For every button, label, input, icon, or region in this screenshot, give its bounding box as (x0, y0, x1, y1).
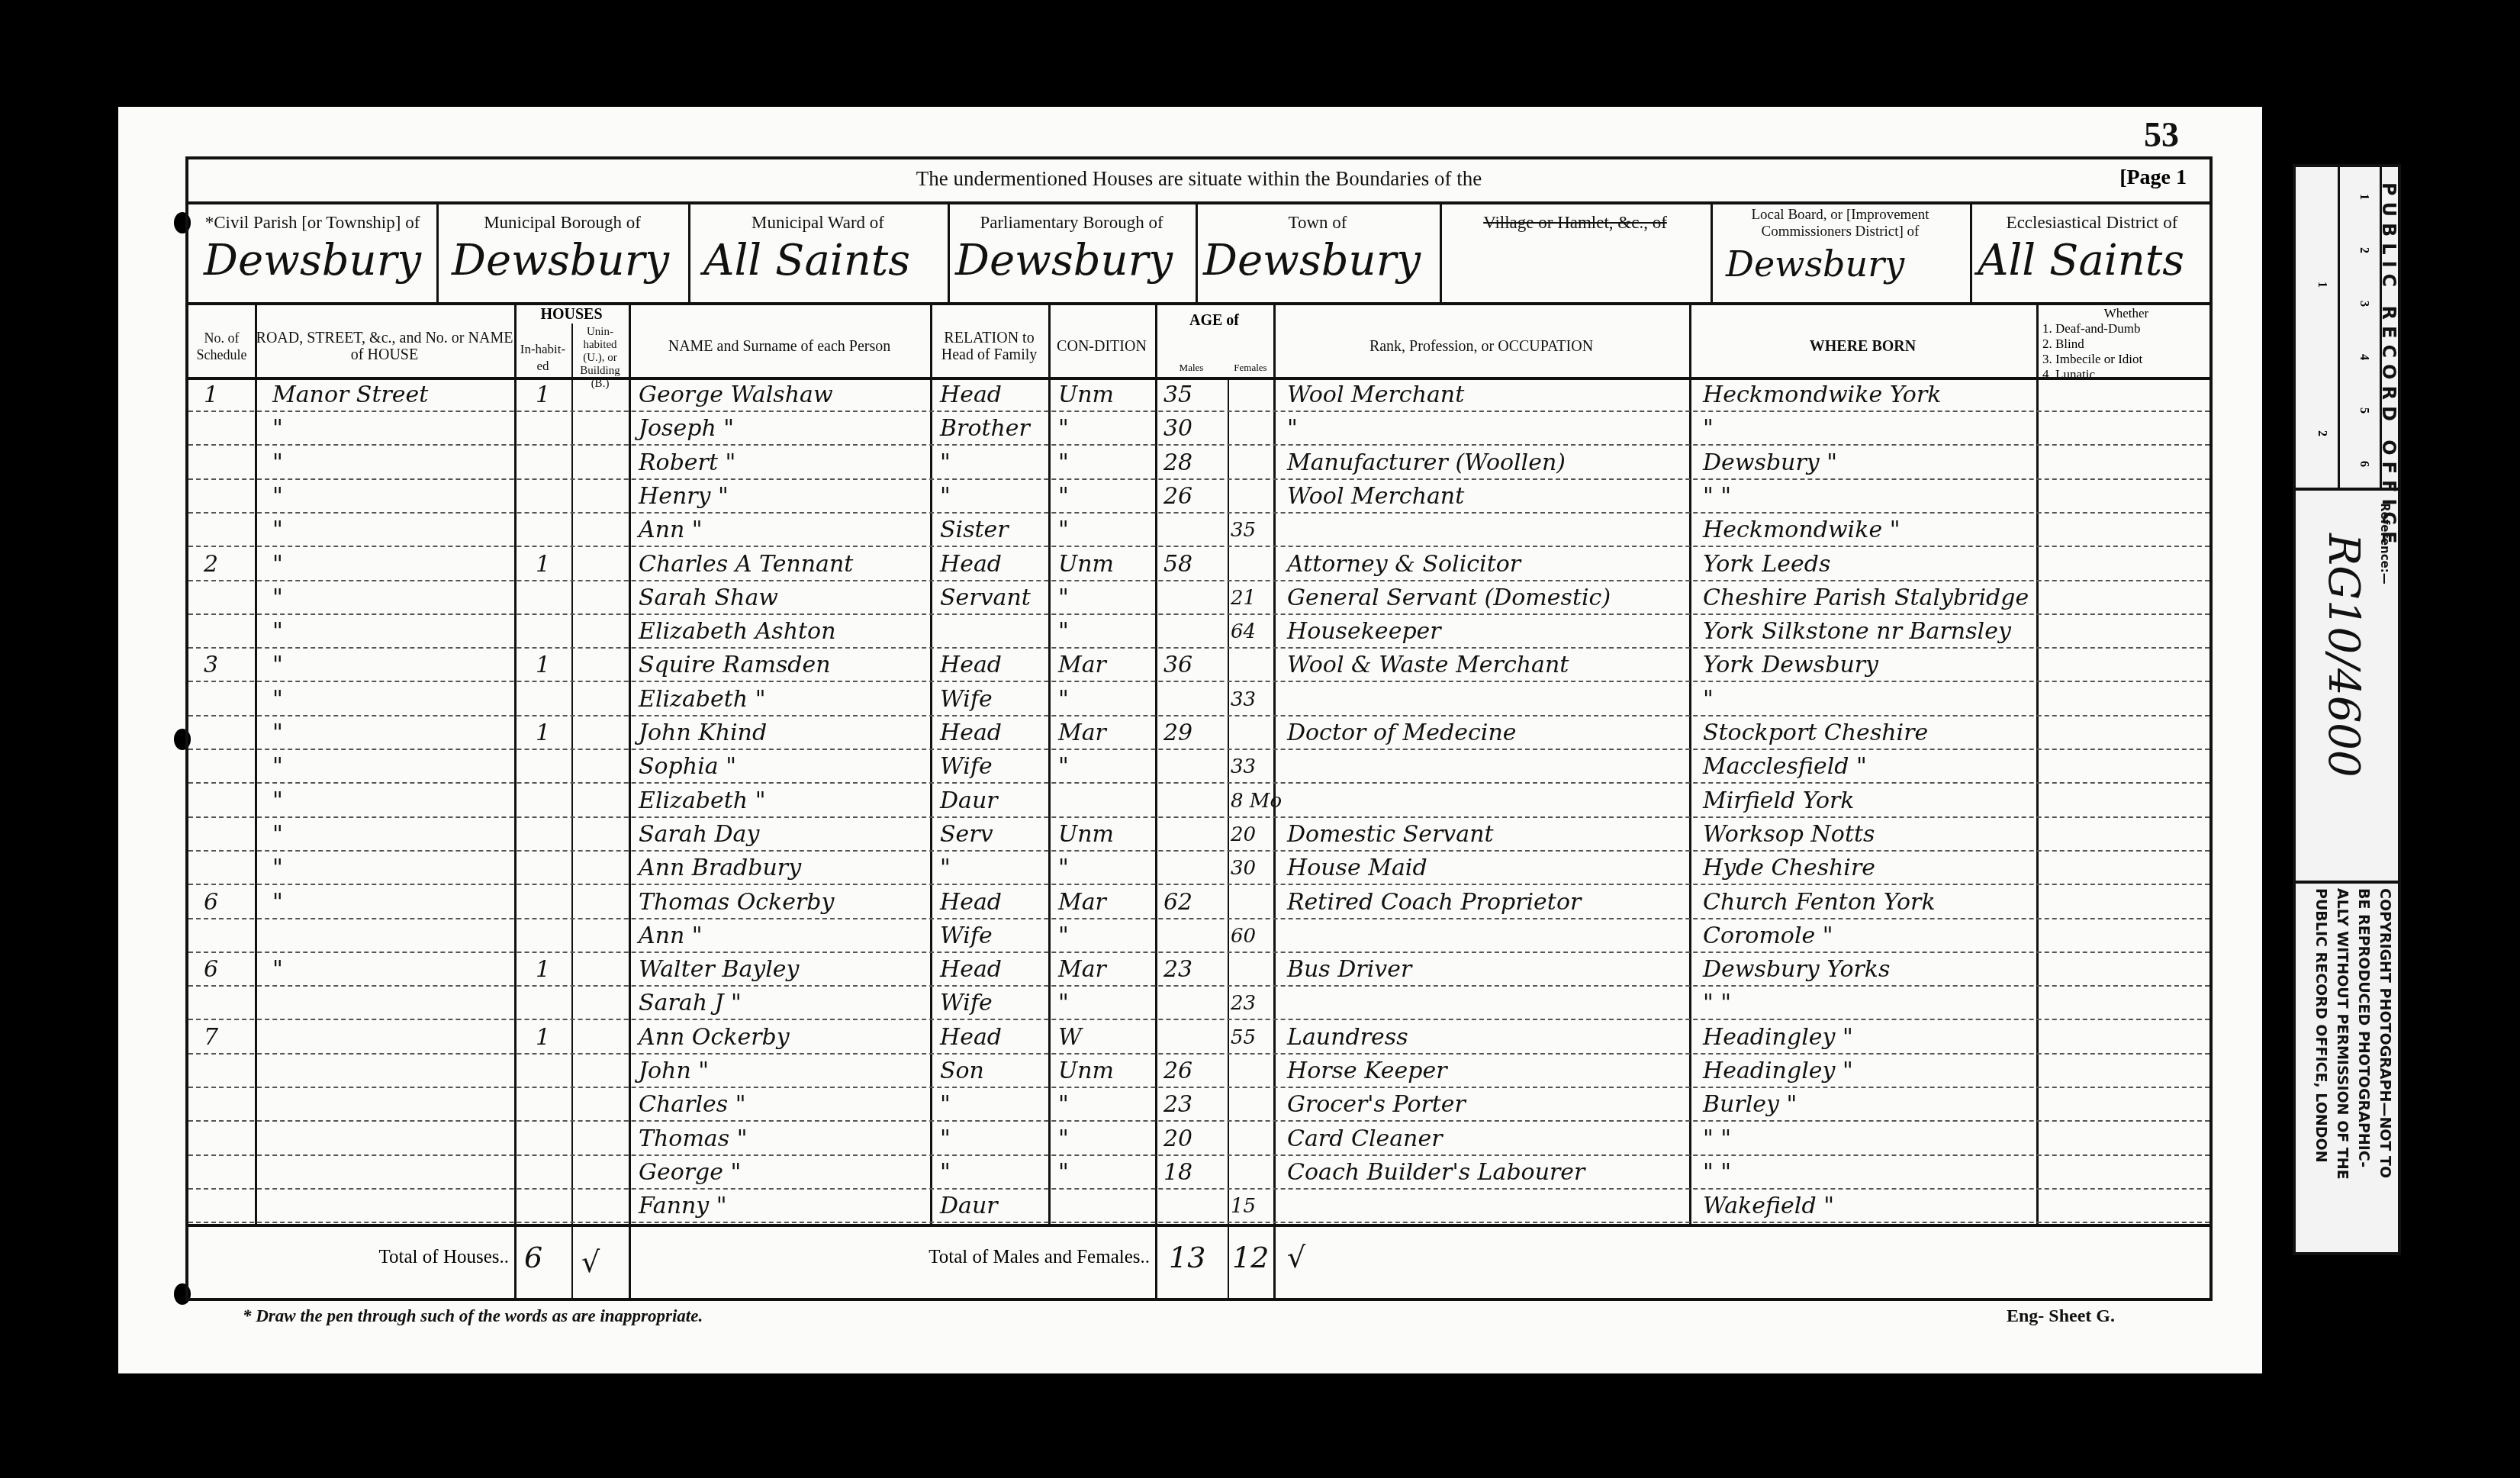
relation: Head (940, 716, 1002, 750)
male-age: 58 (1163, 548, 1192, 581)
female-age: 30 (1231, 852, 1256, 885)
condition: Unm (1058, 818, 1114, 852)
birthplace: Wakefield " (1703, 1190, 1834, 1223)
form-title: The undermentioned Houses are situate wi… (188, 167, 2209, 191)
person-name: Thomas Ockerby (639, 886, 834, 919)
birthplace: Stockport Cheshire (1703, 716, 1928, 750)
ruler-mark: 1 (2315, 282, 2329, 288)
condition: " (1058, 1156, 1069, 1190)
relation: Sister (940, 514, 1009, 547)
occupation: Card Cleaner (1287, 1122, 1443, 1156)
male-age: 35 (1163, 378, 1192, 412)
col-header-males: Males (1155, 362, 1228, 374)
birthplace: Heckmondwike York (1703, 378, 1941, 412)
condition: " (1058, 683, 1069, 716)
census-row: 1 Manor Street 1 George Walshaw Head Unm… (188, 378, 2209, 412)
person-name: Sophia " (639, 750, 736, 784)
admin-label-local-board: Local Board, or [Improvement Commissione… (1711, 207, 1970, 240)
relation: Wife (940, 919, 993, 953)
male-age: 62 (1163, 886, 1192, 919)
birthplace: Burley " (1703, 1088, 1797, 1122)
census-row: " Sarah Day Serv Unm 20 Domestic Servant… (188, 818, 2209, 852)
road-address: " (272, 886, 283, 919)
census-row: Fanny " Daur 15 Wakefield " (188, 1190, 2209, 1223)
relation: Head (940, 1021, 1002, 1055)
divider (2296, 488, 2398, 491)
census-row: 3 " 1 Squire Ramsden Head Mar 36 Wool & … (188, 649, 2209, 682)
relation: " (940, 852, 951, 885)
female-age: 21 (1231, 581, 1256, 615)
condition: W (1058, 1021, 1082, 1055)
ruler-mark: 1 (2357, 194, 2370, 200)
total-persons-label: Total of Males and Females.. (723, 1247, 1150, 1268)
relation: Head (940, 886, 1002, 919)
relation: Servant (940, 581, 1031, 615)
condition: " (1058, 581, 1069, 615)
col-header-females: Females (1228, 362, 1273, 374)
birthplace: " (1703, 412, 1714, 446)
schedule-number: 1 (204, 378, 218, 412)
ruler-mark: 4 (2357, 354, 2370, 360)
schedule-number: 6 (204, 886, 218, 919)
divider (188, 201, 2209, 204)
ruler-mark: 3 (2357, 301, 2370, 307)
admin-label-town: Town of (1196, 213, 1440, 233)
road-address: " (272, 683, 283, 716)
male-age: 18 (1163, 1156, 1192, 1190)
birthplace: York Silkstone nr Barnsley (1703, 615, 2011, 649)
inhabited-mark: 1 (536, 548, 550, 581)
condition: Mar (1058, 886, 1106, 919)
person-name: Charles " (639, 1088, 746, 1122)
ruler-mark: 5 (2357, 407, 2370, 414)
road-address: " (272, 548, 283, 581)
condition: " (1058, 852, 1069, 885)
occupation: Domestic Servant (1287, 818, 1494, 852)
schedule-number: 7 (204, 1021, 218, 1055)
census-row: 6 " Thomas Ockerby Head Mar 62 Retired C… (188, 886, 2209, 919)
occupation: House Maid (1287, 852, 1427, 885)
road-address: " (272, 784, 283, 818)
totals-row: Total of Houses.. 6 √ Total of Males and… (188, 1224, 2209, 1300)
census-row: Thomas " " " 20 Card Cleaner " " (188, 1122, 2209, 1156)
male-age: 23 (1163, 953, 1192, 987)
birthplace: " " (1703, 1122, 1731, 1156)
occupation: Coach Builder's Labourer (1287, 1156, 1585, 1190)
road-address: " (272, 514, 283, 547)
person-name: Elizabeth " (639, 784, 765, 818)
male-age: 20 (1163, 1122, 1192, 1156)
person-name: Ann " (639, 919, 703, 953)
census-row: " Ann " Sister " 35 Heckmondwike " (188, 514, 2209, 547)
relation: " (940, 480, 951, 514)
person-name: Ann Bradbury (639, 852, 801, 885)
condition: Unm (1058, 1055, 1114, 1088)
birthplace: " " (1703, 987, 1731, 1020)
condition: " (1058, 446, 1069, 480)
condition: " (1058, 1088, 1069, 1122)
male-age: 36 (1163, 649, 1192, 682)
pro-reference-strip: 1 2 1 2 3 4 5 6 PUBLIC RECORD OFFICE Ref… (2293, 164, 2401, 1255)
birthplace: Headingley " (1703, 1021, 1853, 1055)
census-row: " Sarah Shaw Servant " 21 General Servan… (188, 581, 2209, 615)
road-address: " (272, 750, 283, 784)
road-address: " (272, 716, 283, 750)
folio-number: 53 (2144, 114, 2179, 155)
total-houses-label: Total of Houses.. (265, 1247, 509, 1268)
admin-value-parish: Dewsbury (204, 236, 421, 285)
occupation: Bus Driver (1287, 953, 1411, 987)
condition: " (1058, 919, 1069, 953)
census-row: Sarah J " Wife " 23 " " (188, 987, 2209, 1020)
occupation: Wool & Waste Merchant (1287, 649, 1569, 682)
row-rule (188, 1222, 2209, 1223)
relation: Wife (940, 987, 993, 1020)
birthplace: Hyde Cheshire (1703, 852, 1875, 885)
female-age: 60 (1231, 919, 1256, 953)
census-row: " Joseph " Brother " 30 " " (188, 412, 2209, 446)
schedule-number: 3 (204, 649, 218, 682)
ruler-mark: 6 (2357, 461, 2370, 467)
total-houses-value: 6 (524, 1241, 542, 1274)
admin-value-ecclesiastical: All Saints (1978, 236, 2184, 285)
birthplace: " (1703, 683, 1714, 716)
total-tick: √ (1287, 1241, 1305, 1274)
relation: " (940, 446, 951, 480)
census-row: 2 " 1 Charles A Tennant Head Unm 58 Atto… (188, 548, 2209, 581)
female-age: 15 (1231, 1190, 1256, 1223)
female-age: 35 (1231, 514, 1256, 547)
person-name: George " (639, 1156, 741, 1190)
person-name: Sarah Day (639, 818, 759, 852)
relation: Wife (940, 683, 993, 716)
schedule-number: 2 (204, 548, 218, 581)
relation: Daur (940, 784, 998, 818)
road-address: " (272, 615, 283, 649)
condition: Mar (1058, 953, 1106, 987)
birthplace: York Dewsbury (1703, 649, 1878, 682)
ruler-inches: 1 2 (2296, 167, 2340, 488)
road-address: Manor Street (272, 378, 428, 412)
person-name: John Khind (639, 716, 767, 750)
road-address: " (272, 412, 283, 446)
occupation: " (1287, 412, 1298, 446)
inhabited-mark: 1 (536, 716, 550, 750)
ruler-mark: 2 (2315, 430, 2329, 436)
relation: Head (940, 548, 1002, 581)
col-header-name: NAME and Surname of each Person (629, 312, 930, 381)
copyright-line: ALLY WITHOUT PERMISSION OF THE (2334, 888, 2351, 1180)
relation: Head (940, 953, 1002, 987)
birthplace: Church Fenton York (1703, 886, 1936, 919)
infirmity-option: 3. Imbecile or Idiot (2042, 352, 2210, 367)
birthplace: Mirfield York (1703, 784, 1855, 818)
relation: Brother (940, 412, 1030, 446)
col-header-condition: CON-DITION (1048, 312, 1155, 381)
admin-value-parliamentary-borough: Dewsbury (955, 236, 1173, 285)
relation: Head (940, 649, 1002, 682)
inhabited-mark: 1 (536, 1021, 550, 1055)
admin-label-ward: Municipal Ward of (688, 213, 948, 233)
admin-label-ecclesiastical: Ecclesiastical District of (1970, 213, 2214, 233)
female-age: 64 (1231, 615, 1256, 649)
condition: " (1058, 1122, 1069, 1156)
female-age: 8 Mo (1231, 784, 1282, 818)
person-name: Robert " (639, 446, 735, 480)
admin-value-ward: All Saints (703, 236, 910, 285)
sheet-label: Eng- Sheet G. (2007, 1306, 2115, 1327)
condition: " (1058, 514, 1069, 547)
road-address: " (272, 852, 283, 885)
condition: Mar (1058, 649, 1106, 682)
condition: " (1058, 750, 1069, 784)
census-row: " 1 John Khind Head Mar 29 Doctor of Med… (188, 716, 2209, 750)
birthplace: Dewsbury Yorks (1703, 953, 1890, 987)
col-header-where-born: WHERE BORN (1689, 312, 2036, 381)
relation: Daur (940, 1190, 998, 1223)
col-header-road: ROAD, STREET, &c., and No. or NAME of HO… (255, 312, 514, 381)
infirmity-option: 2. Blind (2042, 336, 2210, 352)
condition: " (1058, 412, 1069, 446)
divider (188, 302, 2209, 305)
census-row: " Elizabeth Ashton " 64 Housekeeper York… (188, 615, 2209, 649)
occupation: Attorney & Solicitor (1287, 548, 1521, 581)
admin-label-parliamentary-borough: Parliamentary Borough of (948, 213, 1196, 233)
copyright-line: COPYRIGHT PHOTOGRAPH—NOT TO (2377, 888, 2393, 1178)
condition: Mar (1058, 716, 1106, 750)
male-age: 23 (1163, 1088, 1192, 1122)
ruler-cm: 1 2 3 4 5 6 (2338, 167, 2382, 488)
relation: Serv (940, 818, 993, 852)
person-name: Squire Ramsden (639, 649, 831, 682)
census-form: The undermentioned Houses are situate wi… (185, 156, 2213, 1301)
col-header-schedule: No. of Schedule (188, 312, 255, 381)
road-address: " (272, 818, 283, 852)
person-name: Charles A Tennant (639, 548, 853, 581)
infirmity-option: 1. Deaf-and-Dumb (2042, 321, 2210, 336)
census-row: " Elizabeth " Daur 8 Mo Mirfield York (188, 784, 2209, 818)
census-row: " Robert " " " 28 Manufacturer (Woollen)… (188, 446, 2209, 480)
person-name: Joseph " (639, 412, 734, 446)
occupation: Laundress (1287, 1021, 1408, 1055)
person-name: Sarah Shaw (639, 581, 778, 615)
relation: Son (940, 1055, 984, 1088)
male-age: 26 (1163, 480, 1192, 514)
admin-value-municipal-borough: Dewsbury (452, 236, 669, 285)
person-name: Elizabeth Ashton (639, 615, 835, 649)
birthplace: Headingley " (1703, 1055, 1853, 1088)
person-name: Walter Bayley (639, 953, 800, 987)
strip-title: PUBLIC RECORD OFFICE (2378, 182, 2399, 549)
birthplace: Worksop Notts (1703, 818, 1875, 852)
admin-label-parish: *Civil Parish [or Township] of (188, 213, 436, 233)
condition: " (1058, 987, 1069, 1020)
admin-value-local-board: Dewsbury (1726, 243, 1904, 285)
divider (2296, 881, 2398, 884)
page-label: [Page 1 (2119, 166, 2187, 190)
occupation: Wool Merchant (1287, 378, 1464, 412)
road-address: " (272, 581, 283, 615)
female-age: 55 (1231, 1021, 1256, 1055)
female-age: 33 (1231, 683, 1256, 716)
relation: Wife (940, 750, 993, 784)
copyright-line: PUBLIC RECORD OFFICE, LONDON (2312, 888, 2329, 1163)
birthplace: Cheshire Parish Stalybridge (1703, 581, 2029, 615)
census-row: " Elizabeth " Wife " 33 " (188, 683, 2209, 716)
birthplace: Heckmondwike " (1703, 514, 1900, 547)
road-address: " (272, 480, 283, 514)
copyright-line: BE REPRODUCED PHOTOGRAPHIC- (2355, 888, 2372, 1167)
col-header-infirmity: Whether 1. Deaf-and-Dumb 2. Blind 3. Imb… (2042, 306, 2210, 382)
birthplace: Dewsbury " (1703, 446, 1837, 480)
condition: " (1058, 615, 1069, 649)
admin-label-municipal-borough: Municipal Borough of (436, 213, 688, 233)
male-age: 29 (1163, 716, 1192, 750)
census-row: George " " " 18 Coach Builder's Labourer… (188, 1156, 2209, 1190)
total-males: 13 (1169, 1241, 1205, 1274)
occupation: Housekeeper (1287, 615, 1441, 649)
person-name: Elizabeth " (639, 683, 765, 716)
relation: Head (940, 378, 1002, 412)
birthplace: " " (1703, 480, 1731, 514)
inhabited-mark: 1 (536, 649, 550, 682)
col-header-houses: HOUSES (514, 306, 629, 324)
female-age: 20 (1231, 818, 1256, 852)
relation: " (940, 1122, 951, 1156)
ruler-mark: 2 (2357, 247, 2370, 253)
relation: " (940, 1156, 951, 1190)
reference-label: Reference:— (2378, 503, 2392, 584)
road-address: " (272, 446, 283, 480)
occupation: General Servant (Domestic) (1287, 581, 1611, 615)
condition: Unm (1058, 548, 1114, 581)
census-row: " Ann Bradbury " " 30 House Maid Hyde Ch… (188, 852, 2209, 885)
census-row: " Sophia " Wife " 33 Macclesfield " (188, 750, 2209, 784)
birthplace: Macclesfield " (1703, 750, 1867, 784)
occupation: Horse Keeper (1287, 1055, 1447, 1088)
inhabited-mark: 1 (536, 378, 550, 412)
census-row: 6 " 1 Walter Bayley Head Mar 23 Bus Driv… (188, 953, 2209, 987)
inhabited-mark: 1 (536, 953, 550, 987)
birthplace: Coromole " (1703, 919, 1833, 953)
occupation: Retired Coach Proprietor (1287, 886, 1581, 919)
occupation: Doctor of Medecine (1287, 716, 1517, 750)
col-header-relation: RELATION to Head of Family (930, 312, 1048, 381)
person-name: Ann Ockerby (639, 1021, 790, 1055)
census-row: 7 1 Ann Ockerby Head W 55 Laundress Head… (188, 1021, 2209, 1055)
occupation: Wool Merchant (1287, 480, 1464, 514)
admin-label-village: Village or Hamlet, &c., of (1440, 213, 1711, 233)
col-header-age: AGE of (1155, 312, 1273, 330)
female-age: 23 (1231, 987, 1256, 1020)
occupation: Manufacturer (Woollen) (1287, 446, 1566, 480)
person-name: John " (639, 1055, 709, 1088)
census-row: John " Son Unm 26 Horse Keeper Headingle… (188, 1055, 2209, 1088)
road-address: " (272, 649, 283, 682)
total-females: 12 (1232, 1241, 1269, 1274)
male-age: 30 (1163, 412, 1192, 446)
reference-value: RG10/4600 (2319, 533, 2368, 778)
person-name: Thomas " (639, 1122, 747, 1156)
person-name: George Walshaw (639, 378, 833, 412)
admin-value-town: Dewsbury (1203, 236, 1421, 285)
census-row: " Henry " " " 26 Wool Merchant " " (188, 480, 2209, 514)
condition: " (1058, 480, 1069, 514)
birthplace: " " (1703, 1156, 1731, 1190)
occupation: Grocer's Porter (1287, 1088, 1466, 1122)
person-name: Fanny " (639, 1190, 727, 1223)
male-age: 28 (1163, 446, 1192, 480)
schedule-number: 6 (204, 953, 218, 987)
condition: Unm (1058, 378, 1114, 412)
road-address: " (272, 953, 283, 987)
col-header-occupation: Rank, Profession, or OCCUPATION (1273, 312, 1689, 381)
infirmity-title: Whether (2042, 306, 2210, 321)
footnote: * Draw the pen through such of the words… (243, 1306, 703, 1326)
female-age: 33 (1231, 750, 1256, 784)
male-age: 26 (1163, 1055, 1192, 1088)
relation: " (940, 1088, 951, 1122)
census-row: Ann " Wife " 60 Coromole " (188, 919, 2209, 953)
person-name: Henry " (639, 480, 729, 514)
person-name: Ann " (639, 514, 703, 547)
total-houses-tick: √ (581, 1245, 600, 1279)
person-name: Sarah J " (639, 987, 742, 1020)
census-row: Charles " " " 23 Grocer's Porter Burley … (188, 1088, 2209, 1122)
birthplace: York Leeds (1703, 548, 1830, 581)
